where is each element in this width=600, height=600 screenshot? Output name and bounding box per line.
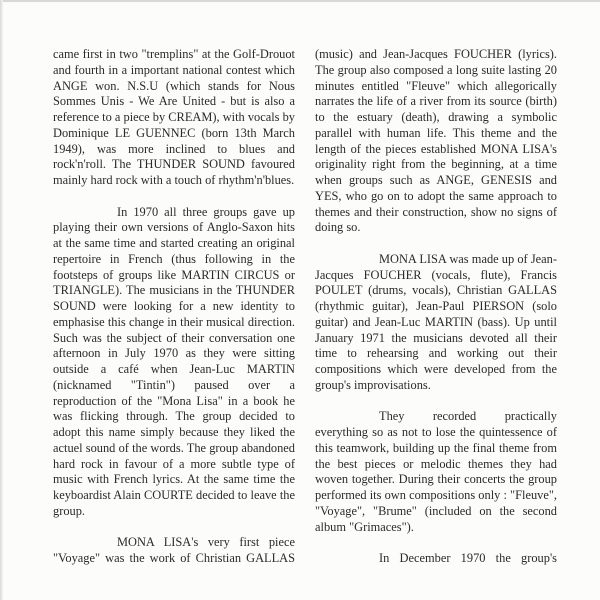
paragraph-recordings: They recorded practically everything so …: [315, 409, 557, 535]
page-binding-edge: [0, 0, 3, 600]
paragraph-1970-groups: In 1970 all three groups gave up playing…: [53, 205, 295, 520]
left-text-column: came first in two "tremplins" at the Gol…: [53, 47, 295, 583]
paragraph-lineup: MONA LISA was made up of Jean-Jacques FO…: [315, 252, 557, 394]
paragraph-tremplins: came first in two "tremplins" at the Gol…: [53, 47, 295, 189]
page-top-edge: [0, 0, 600, 2]
paragraph-december-1970: In December 1970 the group's: [315, 551, 557, 567]
paragraph-first-piece: MONA LISA's very first piece "Voyage" wa…: [53, 535, 295, 567]
right-text-column: (music) and Jean-Jacques FOUCHER (lyrics…: [315, 47, 557, 583]
document-page: came first in two "tremplins" at the Gol…: [0, 0, 600, 600]
paragraph-fleuve-suite: (music) and Jean-Jacques FOUCHER (lyrics…: [315, 47, 557, 236]
